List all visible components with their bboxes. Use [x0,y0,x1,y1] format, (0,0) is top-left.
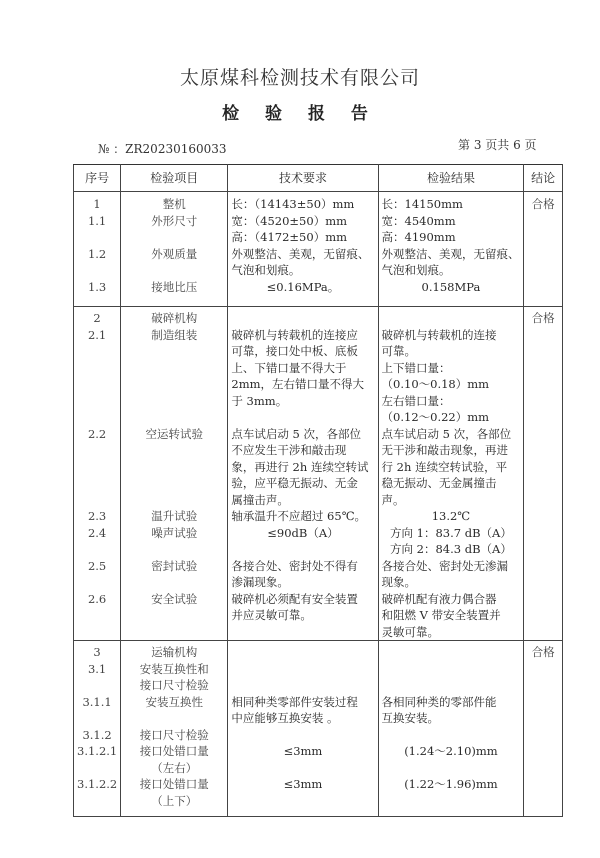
report-number-value: ZR20230160033 [125,142,226,156]
seq-cell: 1 1.1 1.2 1.3 [74,192,121,307]
inspection-table: 序号 检验项目 技术要求 检验结果 结论 1 1.1 1.2 1.3 整机 外形… [73,164,563,817]
conclusion-cell: 合格 [524,307,563,641]
requirement-cell: 长：（14143±50）mm 宽：（4520±50）mm 高：（4172±50）… [228,192,378,307]
conclusion-cell: 合格 [524,641,563,817]
report-title: 检 验 报 告 [0,99,600,124]
col-header-item: 检验项目 [121,165,228,192]
table-section-2: 2 2.1 2.2 2.3 2.4 2.5 2.6 破碎机构 制造组装 空运转试… [74,307,563,641]
item-cell: 破碎机构 制造组装 空运转试验 温升试验 噪声试验 密封试验 安全试验 [121,307,228,641]
requirement-cell: 破碎机与转载机的连接应 可靠，接口处中板、底板 上、下错口量不得大于 2mm，左… [228,307,378,641]
col-header-seq: 序号 [74,165,121,192]
table-section-1: 1 1.1 1.2 1.3 整机 外形尺寸 外观质量 接地比压 长：（14143… [74,192,563,307]
col-header-result: 检验结果 [378,165,524,192]
report-number-label: № ： [98,142,125,156]
page-info: 第 3 页共 6 页 [458,136,537,153]
item-cell: 运输机构 安装互换性和 接口尺寸检验 安装互换性 接口尺寸检验 接口处错口量 （… [121,641,228,817]
conclusion-cell: 合格 [524,192,563,307]
col-header-conclusion: 结论 [524,165,563,192]
result-cell: 长：14150mm 宽：4540mm 高：4190mm 外观整洁、美观，无留痕、… [378,192,524,307]
col-header-requirement: 技术要求 [228,165,378,192]
seq-cell: 2 2.1 2.2 2.3 2.4 2.5 2.6 [74,307,121,641]
table-section-3: 3 3.1 3.1.1 3.1.2 3.1.2.1 3.1.2.2 运输机构 安… [74,641,563,817]
item-cell: 整机 外形尺寸 外观质量 接地比压 [121,192,228,307]
requirement-cell: 相同种类零部件安装过程 中应能够互换安装 。 ≤3mm ≤3mm [228,641,378,817]
seq-cell: 3 3.1 3.1.1 3.1.2 3.1.2.1 3.1.2.2 [74,641,121,817]
result-cell: 各相同种类的零部件能 互换安装。 (1.24～2.10)mm (1.22～1.9… [378,641,524,817]
report-number: № ：ZR20230160033 [98,140,227,157]
table-header-row: 序号 检验项目 技术要求 检验结果 结论 [74,165,563,192]
company-name: 太原煤科检测技术有限公司 [0,63,600,90]
result-cell: 破碎机与转载机的连接 可靠。 上下错口量： （0.10～0.18）mm 左右错口… [378,307,524,641]
